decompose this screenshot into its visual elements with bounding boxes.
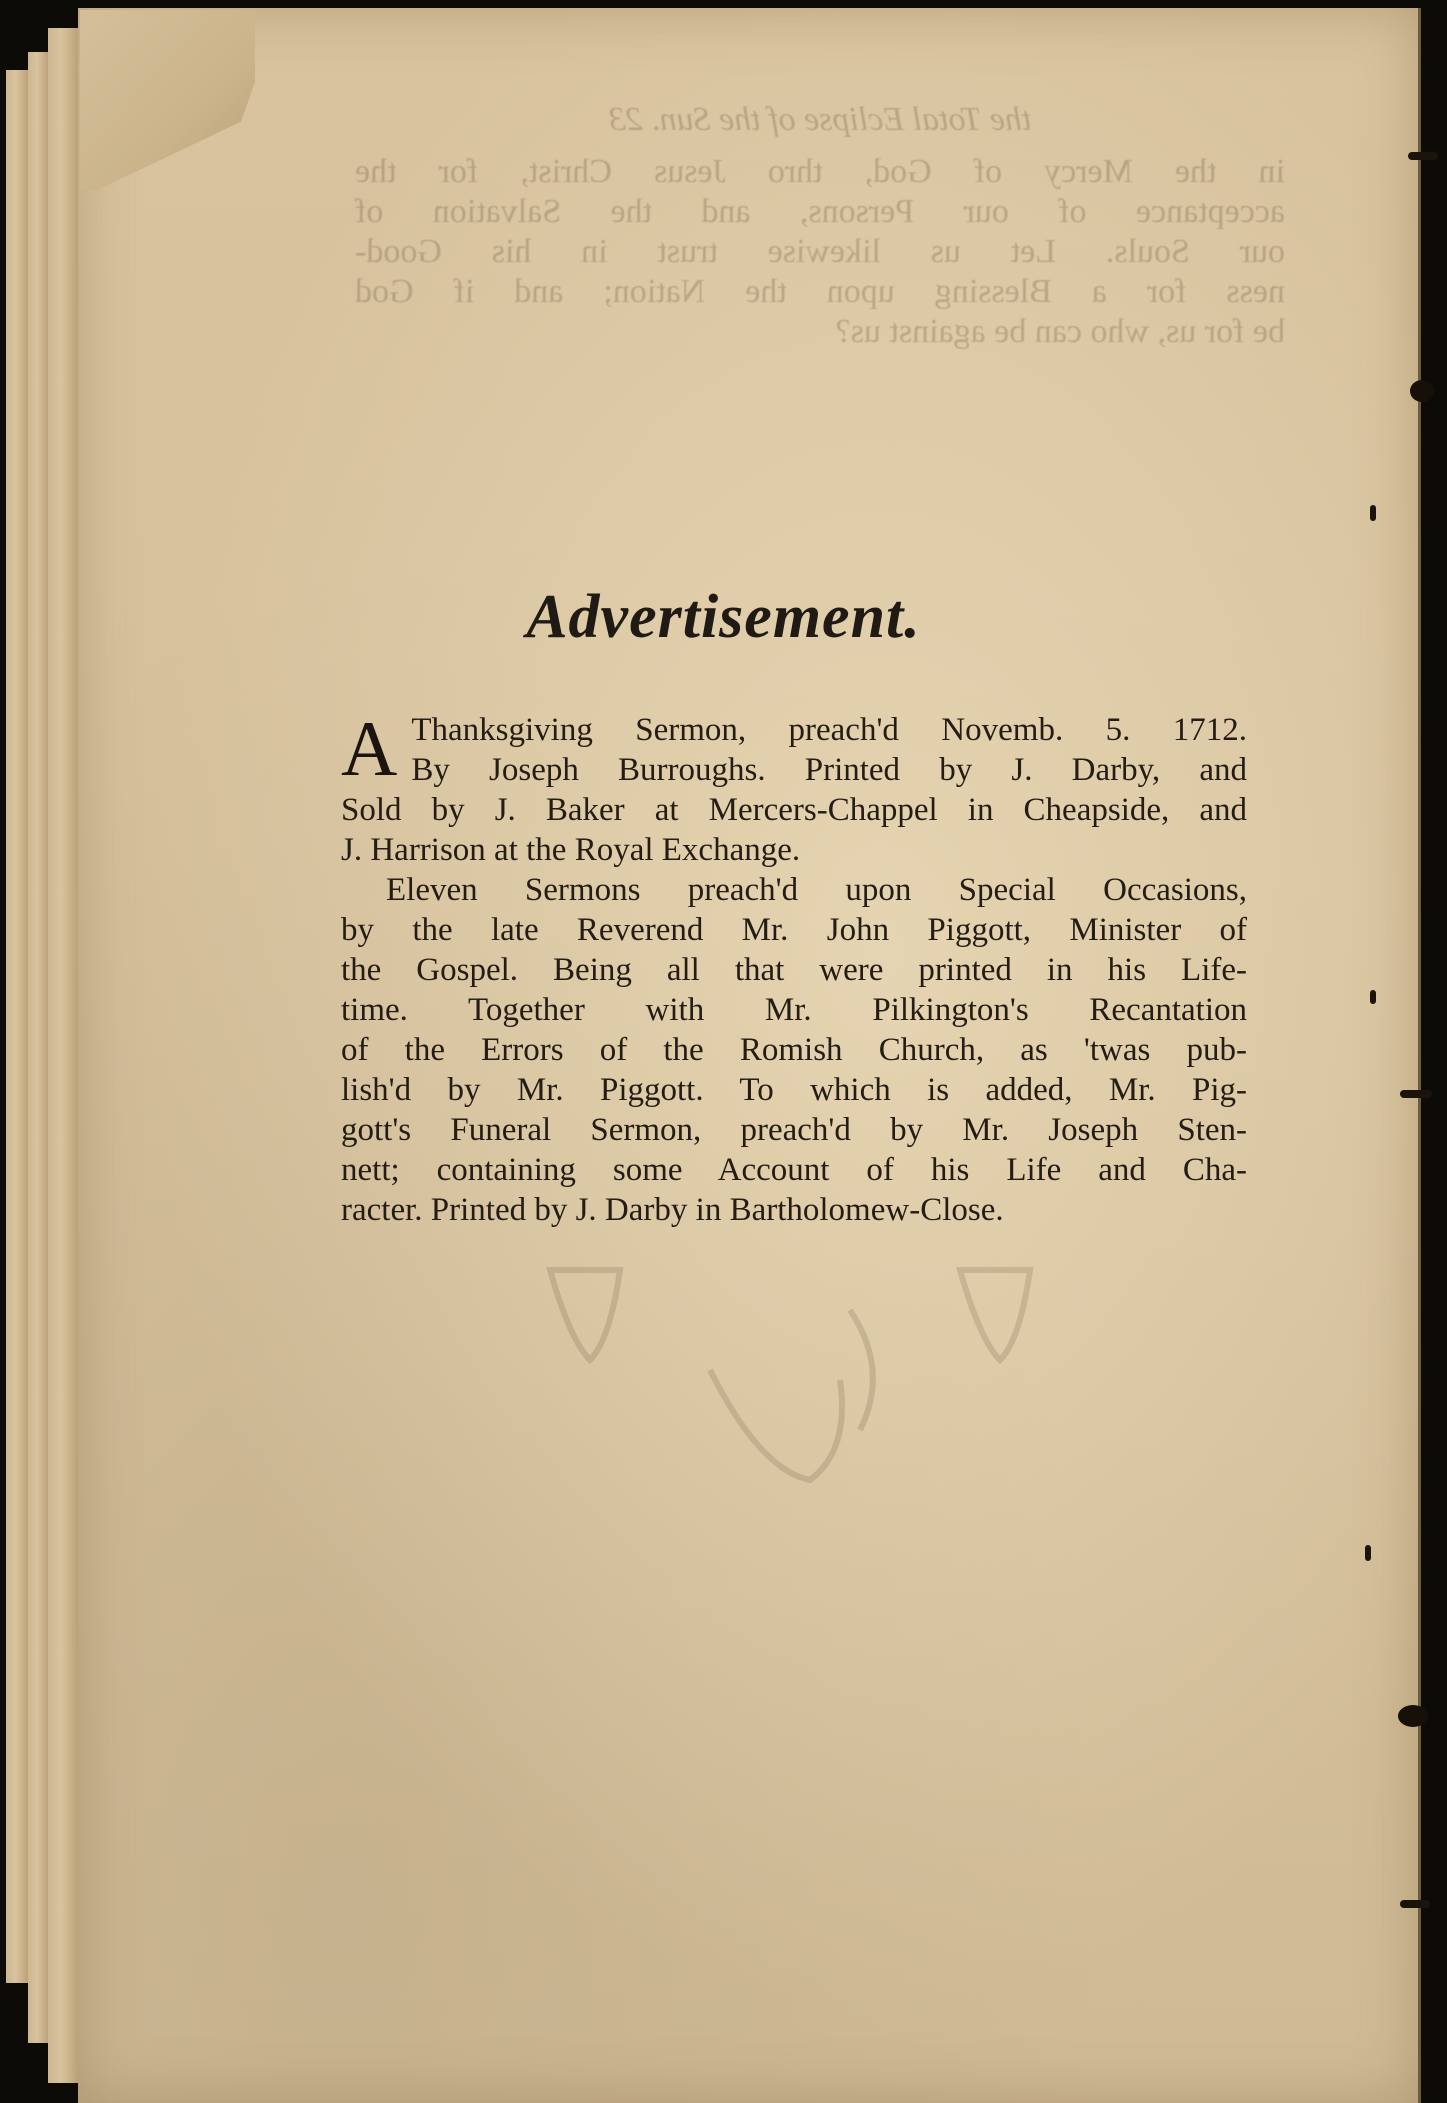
advertisement-entry: Eleven Sermons preach'd upon Special Occ…: [341, 870, 1247, 1230]
bleed-through-text: the Total Eclipse of the Sun. 23 in the …: [355, 100, 1285, 352]
drop-cap: A: [341, 716, 397, 782]
text-line: of the Errors of the Romish Church, as '…: [341, 1030, 1247, 1070]
bleed-line: ness for a Blessing upon the Nation; and…: [355, 272, 1285, 312]
edge-tear-mark: [1400, 1090, 1432, 1098]
bleed-line: acceptance of our Persons, and the Salva…: [355, 192, 1285, 232]
text-line: nett; containing some Account of his Lif…: [341, 1150, 1247, 1190]
text-line: by the late Reverend Mr. John Piggott, M…: [341, 910, 1247, 950]
worm-hole: [1410, 380, 1434, 402]
text-line: gott's Funeral Sermon, preach'd by Mr. J…: [341, 1110, 1247, 1150]
text-line: lish'd by Mr. Piggott. To which is added…: [341, 1070, 1247, 1110]
text-line: Thanksgiving Sermon, preach'd Novemb. 5.…: [341, 710, 1247, 750]
edge-mark: [1365, 1545, 1371, 1561]
page-stack-edge: [48, 28, 82, 2083]
edge-tear-mark: [1408, 152, 1438, 160]
bleed-running-head: the Total Eclipse of the Sun. 23: [355, 100, 1285, 140]
text-line: Sold by J. Baker at Mercers-Chappel in C…: [341, 790, 1247, 830]
bleed-line: be for us, who can be against us?: [355, 312, 1285, 352]
text-line: Eleven Sermons preach'd upon Special Occ…: [341, 870, 1247, 910]
text-line: racter. Printed by J. Darby in Bartholom…: [341, 1190, 1247, 1230]
page-title: Advertisement.: [0, 582, 1447, 653]
bleed-line: in the Mercy of God, thro Jesus Christ, …: [355, 152, 1285, 192]
advertisement-body: A Thanksgiving Sermon, preach'd Novemb. …: [341, 710, 1247, 1230]
worm-hole: [1398, 1705, 1428, 1727]
edge-tear-mark: [1400, 1900, 1430, 1908]
text-line: the Gospel. Being all that were printed …: [341, 950, 1247, 990]
text-line: By Joseph Burroughs. Printed by J. Darby…: [341, 750, 1247, 790]
edge-mark: [1370, 990, 1376, 1004]
bleed-through-ornament-icon: [510, 1250, 1070, 1510]
text-line: time. Together with Mr. Pilkington's Rec…: [341, 990, 1247, 1030]
advertisement-entry: A Thanksgiving Sermon, preach'd Novemb. …: [341, 710, 1247, 870]
scanned-page-image: the Total Eclipse of the Sun. 23 in the …: [0, 0, 1447, 2103]
edge-mark: [1370, 505, 1376, 521]
text-line: J. Harrison at the Royal Exchange.: [341, 830, 1247, 870]
bleed-line: our Souls. Let us likewise trust in his …: [355, 232, 1285, 272]
